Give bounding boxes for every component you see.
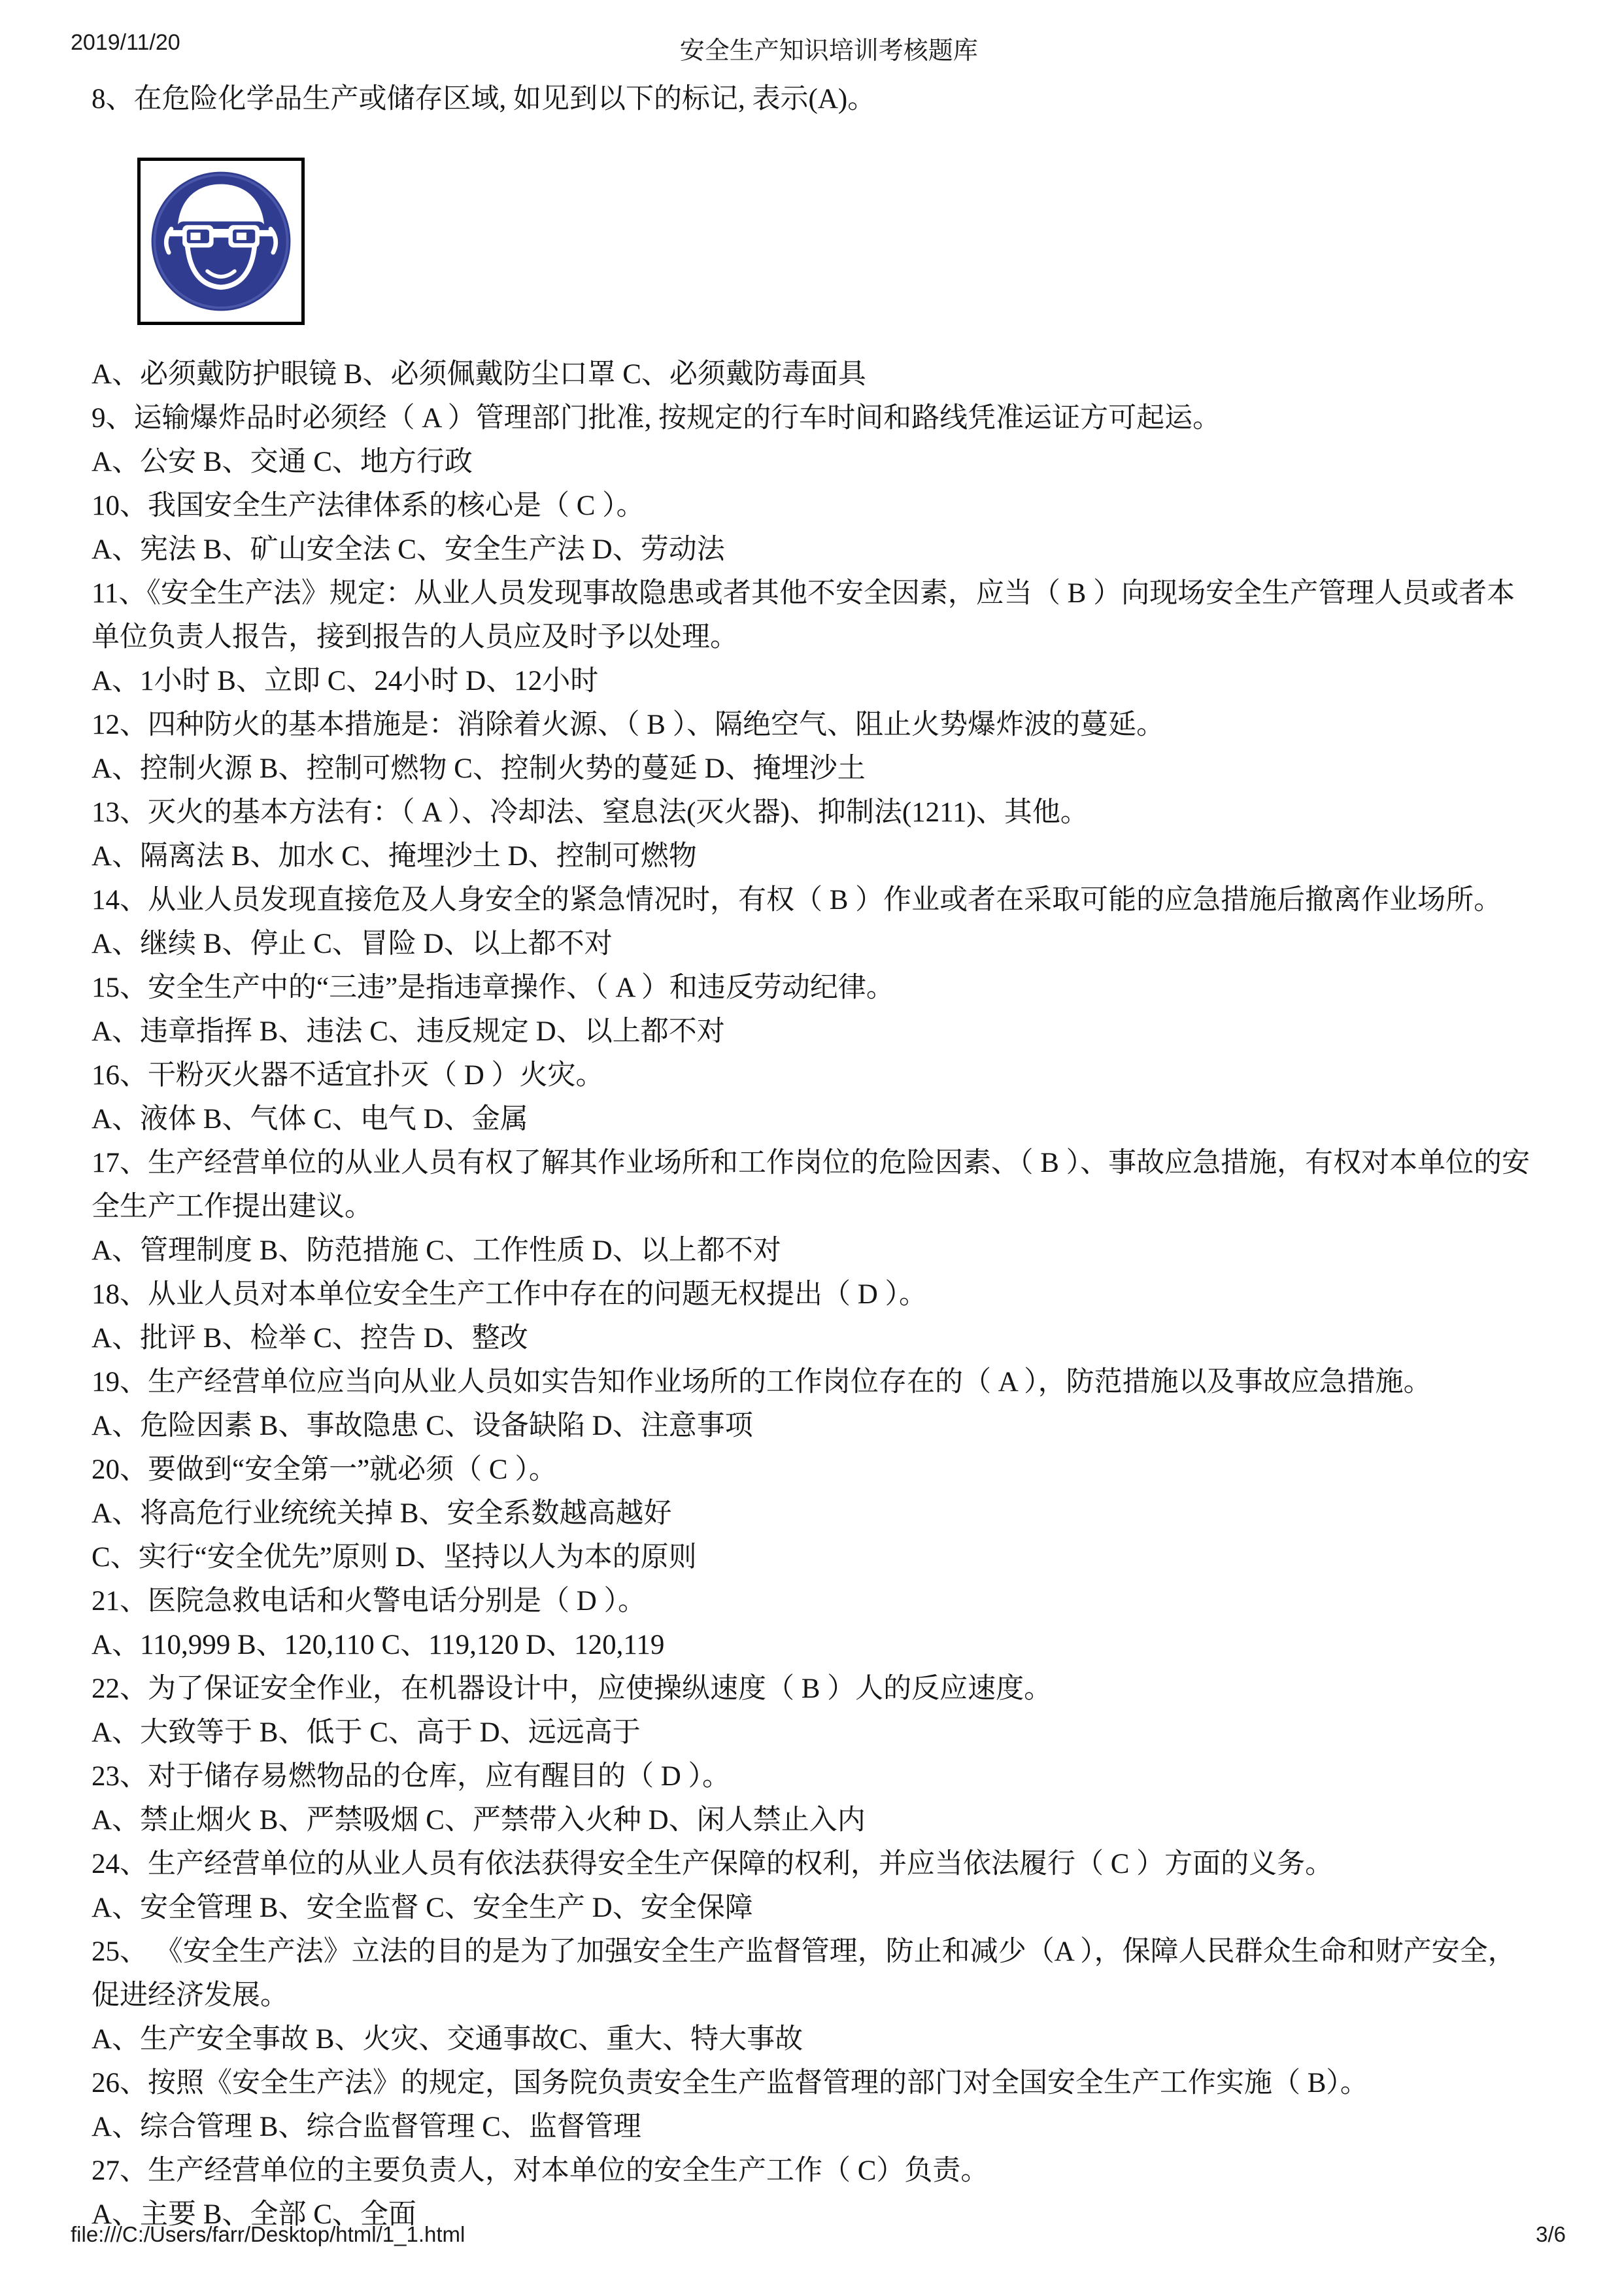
question-18: 18、从业人员对本单位安全生产工作中存在的问题无权提出（ D ）。 <box>92 1273 1538 1316</box>
question-12: 12、四种防火的基本措施是：消除着火源、（ B ）、隔绝空气、阻止火势爆炸波的蔓… <box>92 703 1538 747</box>
question-23: 23、对于储存易燃物品的仓库，应有醒目的（ D ）。 <box>92 1755 1538 1798</box>
question-24: 24、生产经营单位的从业人员有依法获得安全生产保障的权利，并应当依法履行（ C … <box>92 1842 1538 1886</box>
question-27: 27、生产经营单位的主要负责人，对本单位的安全生产工作（ C）负责。 <box>92 2149 1538 2193</box>
options-21: A、110,999 B、120,110 C、119,120 D、120,119 <box>92 1623 1538 1667</box>
options-22: A、大致等于 B、低于 C、高于 D、远远高于 <box>92 1711 1538 1755</box>
question-15: 15、安全生产中的“三违”是指违章操作、（ A ）和违反劳动纪律。 <box>92 966 1538 1010</box>
options-13: A、隔离法 B、加水 C、掩埋沙土 D、控制可燃物 <box>92 834 1538 878</box>
options-19: A、危险因素 B、事故隐患 C、设备缺陷 D、注意事项 <box>92 1404 1538 1448</box>
options-14: A、继续 B、停止 C、冒险 D、以上都不对 <box>92 922 1538 966</box>
safety-sign-image <box>137 158 305 325</box>
question-25: 25、 《安全生产法》立法的目的是为了加强安全生产监督管理，防止和减少（A ），… <box>92 1930 1538 2017</box>
question-20: 20、要做到“安全第一”就必须（ C ）。 <box>92 1448 1538 1492</box>
question-9: 9、运输爆炸品时必须经（ A ）管理部门批准, 按规定的行车时间和路线凭准运证方… <box>92 396 1538 440</box>
options-16: A、液体 B、气体 C、电气 D、金属 <box>92 1097 1538 1141</box>
print-date: 2019/11/20 <box>71 30 180 56</box>
footer-page-number: 3/6 <box>1536 2222 1566 2247</box>
document-page: 2019/11/20 安全生产知识培训考核题库 8、在危险化学品生产或储存区域,… <box>0 0 1622 2296</box>
footer-file-path: file:///C:/Users/farr/Desktop/html/1_1.h… <box>71 2222 465 2247</box>
question-17: 17、生产经营单位的从业人员有权了解其作业场所和工作岗位的危险因素、（ B ）、… <box>92 1141 1538 1229</box>
question-13: 13、灭火的基本方法有：（ A ）、冷却法、窒息法(灭火器)、抑制法(1211)… <box>92 791 1538 834</box>
options-24: A、安全管理 B、安全监督 C、安全生产 D、安全保障 <box>92 1886 1538 1930</box>
question-10: 10、我国安全生产法律体系的核心是（ C ）。 <box>92 484 1538 528</box>
options-15: A、违章指挥 B、违法 C、违反规定 D、以上都不对 <box>92 1010 1538 1054</box>
question-11: 11、《安全生产法》规定：从业人员发现事故隐患或者其他不安全因素，应当（ B ）… <box>92 572 1538 659</box>
options-10: A、宪法 B、矿山安全法 C、安全生产法 D、劳动法 <box>92 528 1538 572</box>
question-list: 8、在危险化学品生产或储存区域, 如见到以下的标记, 表示(A)。 <box>92 77 1538 2236</box>
options-20-ab: A、将高危行业统统关掉 B、安全系数越高越好 <box>92 1492 1538 1535</box>
options-8: A、必须戴防护眼镜 B、必须佩戴防尘口罩 C、必须戴防毒面具 <box>92 352 1538 396</box>
options-9: A、公安 B、交通 C、地方行政 <box>92 440 1538 484</box>
page-title: 安全生产知识培训考核题库 <box>680 30 978 66</box>
options-17: A、管理制度 B、防范措施 C、工作性质 D、以上都不对 <box>92 1229 1538 1273</box>
options-25: A、生产安全事故 B、火灾、交通事故C、重大、特大事故 <box>92 2017 1538 2061</box>
question-19: 19、生产经营单位应当向从业人员如实告知作业场所的工作岗位存在的（ A ），防范… <box>92 1360 1538 1404</box>
options-26: A、综合管理 B、综合监督管理 C、监督管理 <box>92 2105 1538 2149</box>
print-header: 2019/11/20 安全生产知识培训考核题库 <box>71 30 1563 61</box>
options-20-cd: C、实行“安全优先”原则 D、坚持以人为本的原则 <box>92 1535 1538 1579</box>
question-26: 26、按照《安全生产法》的规定，国务院负责安全生产监督管理的部门对全国安全生产工… <box>92 2061 1538 2105</box>
options-23: A、禁止烟火 B、严禁吸烟 C、严禁带入火种 D、闲人禁止入内 <box>92 1798 1538 1842</box>
options-18: A、批评 B、检举 C、控告 D、整改 <box>92 1316 1538 1360</box>
question-14: 14、从业人员发现直接危及人身安全的紧急情况时，有权（ B ）作业或者在采取可能… <box>92 878 1538 922</box>
question-8: 8、在危险化学品生产或储存区域, 如见到以下的标记, 表示(A)。 <box>92 77 1538 121</box>
options-12: A、控制火源 B、控制可燃物 C、控制火势的蔓延 D、掩埋沙土 <box>92 747 1538 791</box>
print-footer: file:///C:/Users/farr/Desktop/html/1_1.h… <box>71 2222 1566 2247</box>
question-22: 22、为了保证安全作业，在机器设计中，应使操纵速度（ B ）人的反应速度。 <box>92 1667 1538 1711</box>
question-21: 21、医院急救电话和火警电话分别是（ D ）。 <box>92 1579 1538 1623</box>
question-16: 16、干粉灭火器不适宜扑灭（ D ）火灾。 <box>92 1054 1538 1097</box>
eye-protection-sign-icon <box>146 167 296 316</box>
options-11: A、1小时 B、立即 C、24小时 D、12小时 <box>92 659 1538 703</box>
